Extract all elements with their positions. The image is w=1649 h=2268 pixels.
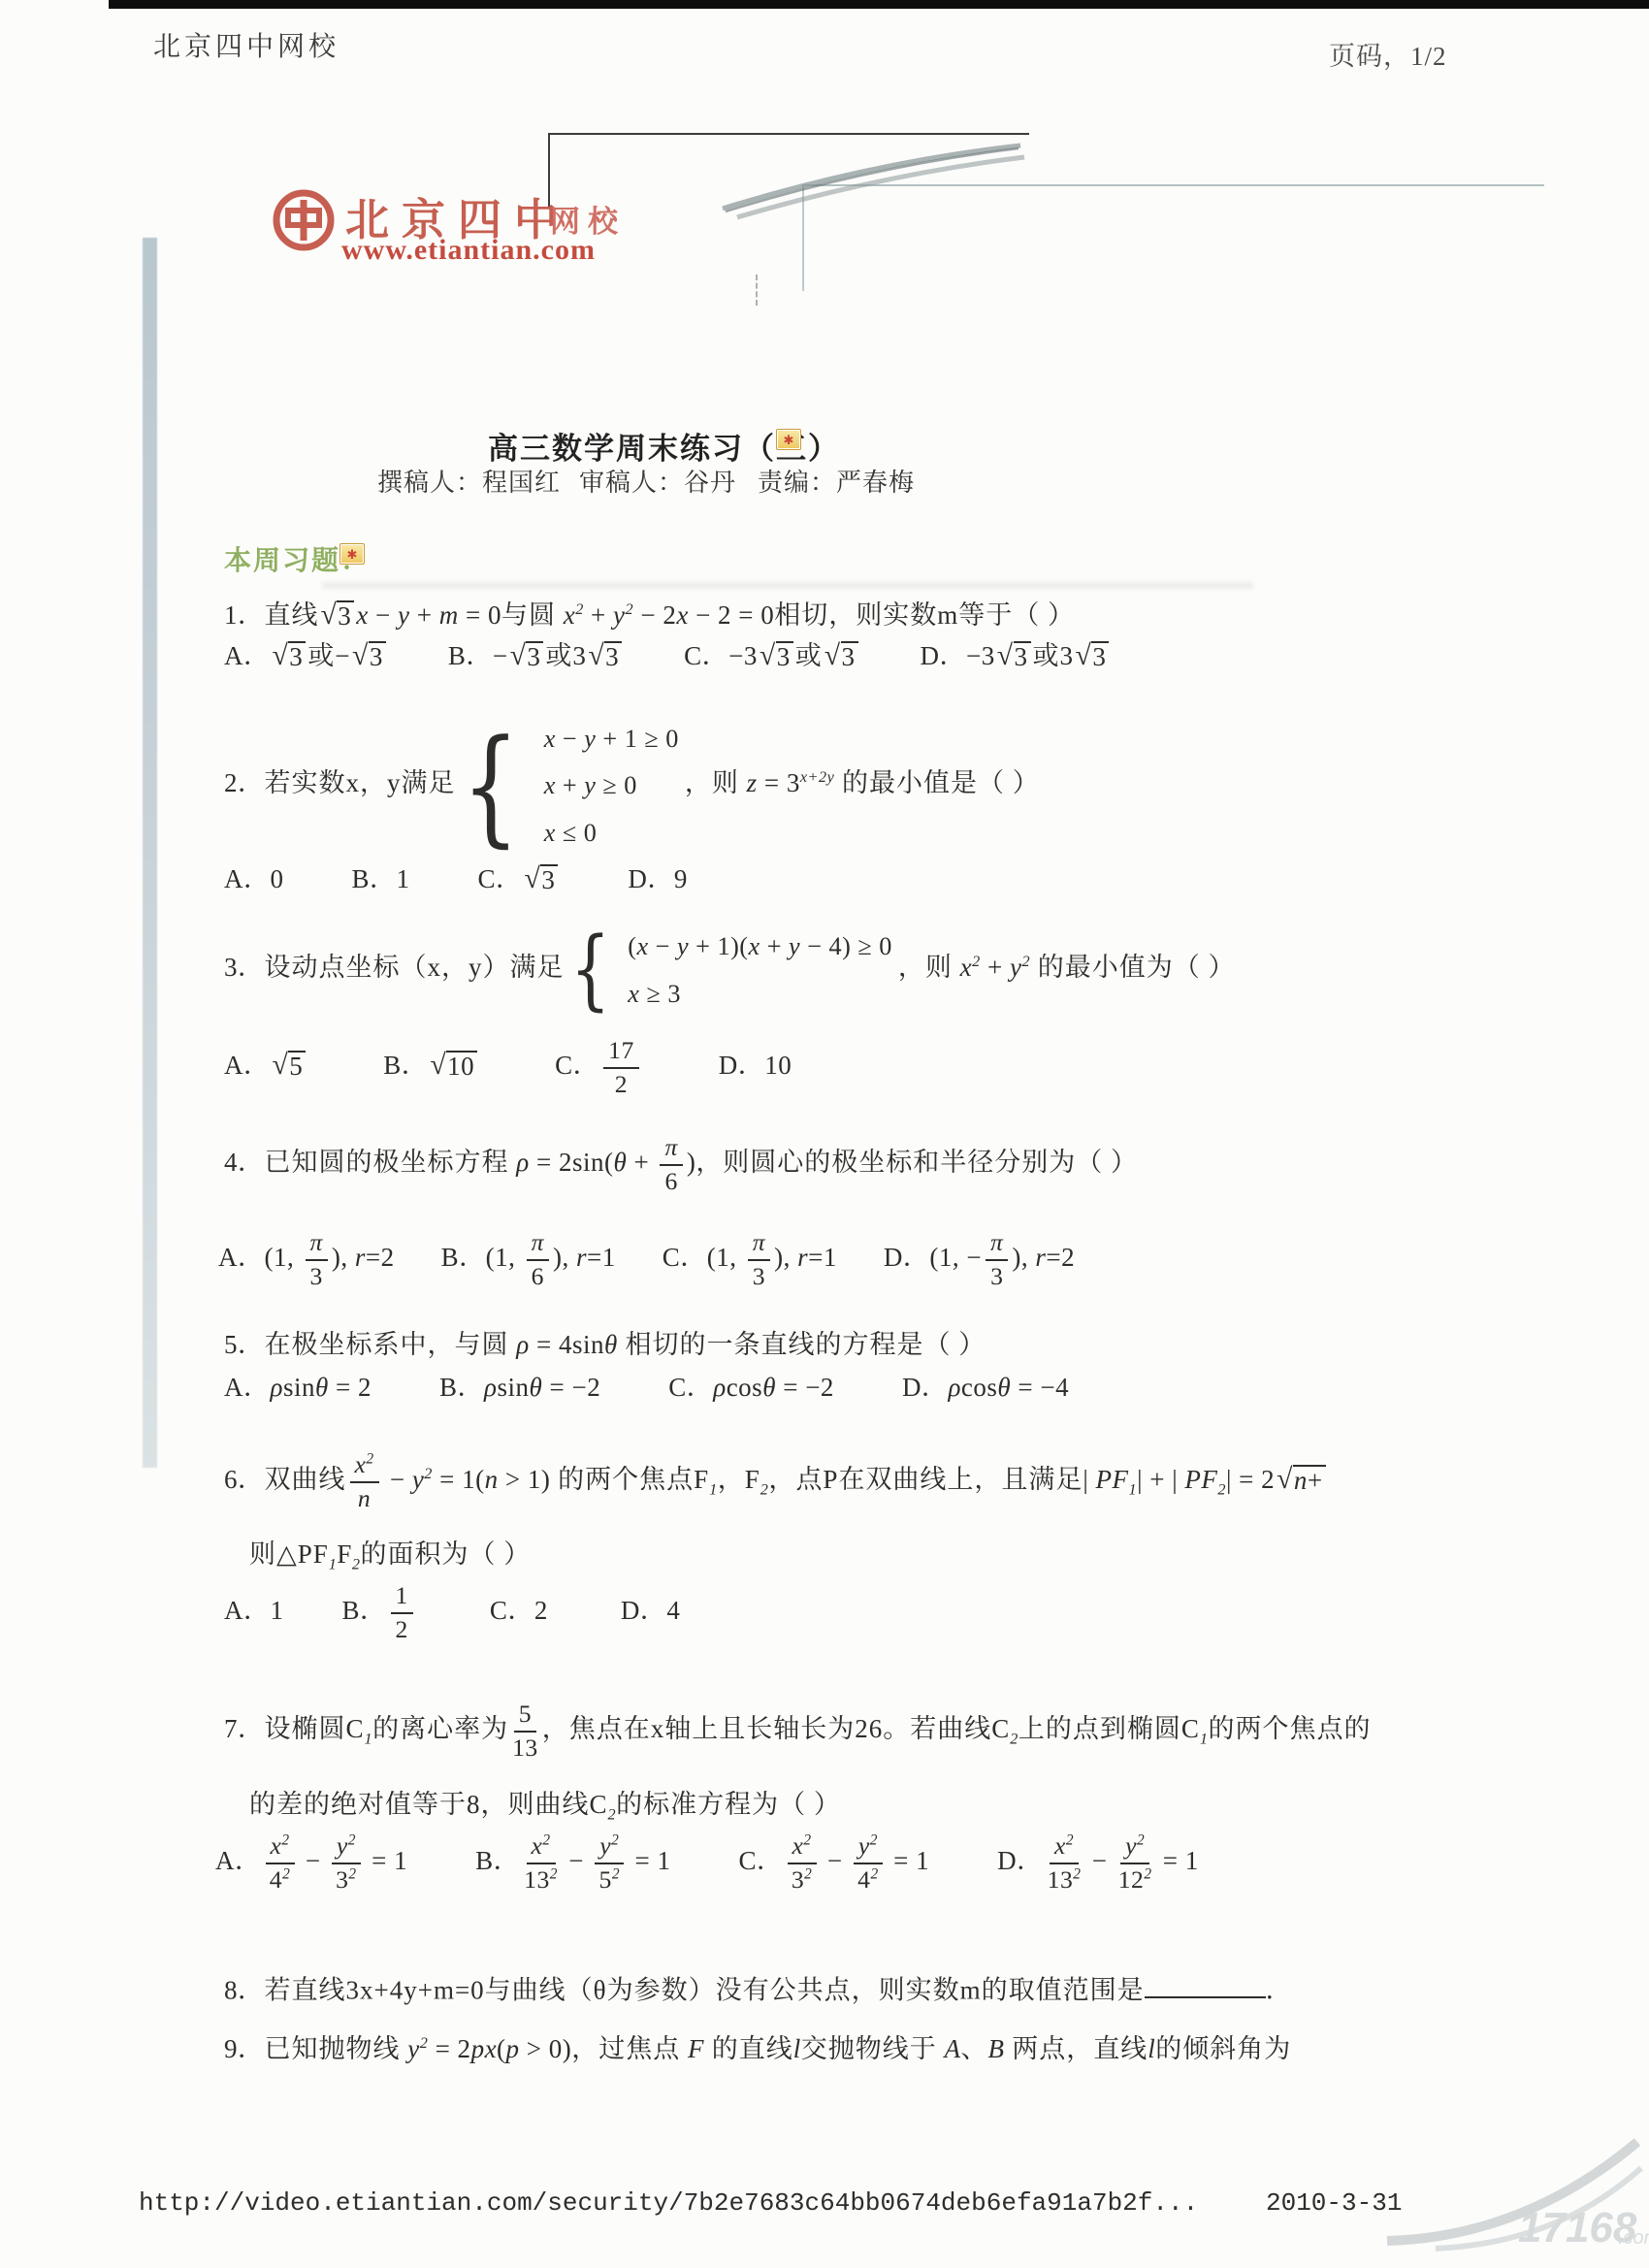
folder-asterisk-glyph: ✱ xyxy=(347,548,358,561)
problem-5-stem: 5．在极坐标系中，与圆 ρ = 4sinθ 相切的一条直线的方程是（ ） xyxy=(224,1325,986,1365)
header-page-number: 页码，1/2 xyxy=(1329,35,1447,73)
scan-smudge xyxy=(322,582,1253,589)
problem-7-options: A．x242 − y232 = 1B．x2132 − y252 = 1C．x23… xyxy=(215,1831,1199,1895)
problem-6-options: A．1B．12C．2D．4 xyxy=(224,1581,680,1645)
problem-3-options: A．√5B．√10C．172D．10 xyxy=(224,1036,792,1100)
scan-edge-bar xyxy=(109,0,1649,9)
byline-reviewer: 审稿人：谷丹 xyxy=(579,463,736,499)
site-watermark-suffix: .com xyxy=(1618,2227,1649,2250)
school-emblem-logo xyxy=(272,188,336,252)
scanned-document-page: 北京四中网校 页码，1/2 北京四中 网校 www.etiantian.com … xyxy=(0,0,1649,2268)
byline-author: 撰稿人：程国红 xyxy=(377,463,561,499)
problem-3-stem: 3．设动点坐标（x，y）满足{(x − y + 1)(x + y − 4) ≥ … xyxy=(224,926,1236,1014)
problem-7-stem-line2: 的差的绝对值等于8，则曲线C2的标准方程为（ ） xyxy=(249,1785,841,1825)
problem-4-stem: 4．已知圆的极坐标方程 ρ = 2sin(θ + π6)，则圆心的极坐标和半径分… xyxy=(224,1133,1138,1197)
scan-dash-artifact xyxy=(756,275,758,306)
footer-date: 2010-3-31 xyxy=(1266,2188,1402,2218)
header-site-name: 北京四中网校 xyxy=(153,25,339,64)
problem-4-options: A．(1, π3), r=2B．(1, π6), r=1C．(1, π3), r… xyxy=(218,1228,1075,1292)
pencil-scribble-marks xyxy=(679,131,1067,238)
footer-source-url: http://video.etiantian.com/security/7b2e… xyxy=(139,2188,1198,2218)
problem-8-stem: 8．若直线3x+4y+m=0与曲线（θ为参数）没有公共点，则实数m的取值范围是． xyxy=(224,1969,1293,2010)
byline-editor: 责编：严春梅 xyxy=(758,463,915,499)
problem-1-options: A．√3或−√3B．−√3或3√3C．−3√3或√3D．−3√3或3√3 xyxy=(224,636,1111,676)
problem-2-stem: 2．若实数x，y满足{x − y + 1 ≥ 0x + y ≥ 0x ≤ 0，则… xyxy=(224,720,1040,852)
problem-7-stem-line1: 7．设椭圆C1的离心率为513，焦点在x轴上且长轴长为26。若曲线C2上的点到椭… xyxy=(224,1700,1371,1764)
problem-2-options: A．0B．1C．√3D．9 xyxy=(224,859,688,899)
logo-website-url: www.etiantian.com xyxy=(341,234,596,267)
problem-6-stem-line2: 则△PF1F2的面积为（ ） xyxy=(249,1535,531,1574)
attachment-folder-icon: ✱ xyxy=(339,543,365,565)
problem-6-stem-line1: 6．双曲线x2n − y2 = 1(n > 1) 的两个焦点F1，F2，点P在双… xyxy=(224,1450,1328,1514)
scan-left-strip xyxy=(143,238,157,1468)
problem-1-stem: 1．直线√3x − y + m = 0与圆 x2 + y2 − 2x − 2 =… xyxy=(224,596,1075,635)
attachment-folder-icon: ✱ xyxy=(776,429,801,450)
problem-5-options: A．ρsinθ = 2B．ρsinθ = −2C．ρcosθ = −2D．ρco… xyxy=(224,1368,1069,1408)
problem-9-stem: 9．已知抛物线 y2 = 2px(p > 0)，过焦点 F 的直线l交抛物线于 … xyxy=(224,2029,1291,2069)
folder-asterisk-glyph: ✱ xyxy=(784,434,794,446)
